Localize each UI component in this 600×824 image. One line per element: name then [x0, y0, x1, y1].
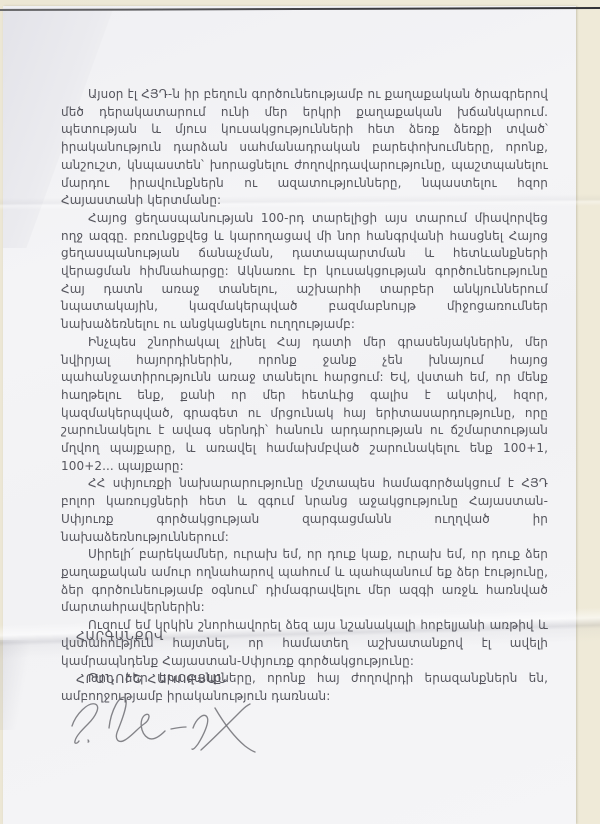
letter-paragraph: Ուզում եմ կրկին շնորհավորել ձեզ այս նշան…: [61, 617, 548, 670]
handwritten-signature-icon: [52, 686, 267, 768]
fold-shadow-lower-left: [0, 640, 30, 730]
letter-closing: ՀԱՐԳԱՆՔՈՎ՝: [76, 628, 168, 643]
letter-paragraph: Հայոց ցեղասպանության 100-րդ տարելիցի այս…: [61, 210, 548, 334]
scanned-letter-page: Այսօր էլ ՀՅԴ-ն իր բեղուն գործունեությամբ…: [0, 0, 600, 824]
letter-paragraph: Այսօր էլ ՀՅԴ-ն իր բեղուն գործունեությամբ…: [61, 86, 548, 210]
letter-paragraph: ՀՀ սփյուռքի նախարարությունը մշտապես համա…: [61, 475, 548, 546]
letter-body: Այսօր էլ ՀՅԴ-ն իր բեղուն գործունեությամբ…: [61, 86, 548, 706]
letter-paragraph: Ինչպես շնորհակալ չլինել Հայ դատի մեր գրա…: [61, 334, 548, 476]
signer-name: ՀՐԱՆՈՒՇ ՀԱԿՈԲՅԱՆ: [76, 671, 227, 686]
letter-paragraph: Սիրելի՛ բարեկամներ, ուրախ եմ, որ դուք կա…: [61, 546, 548, 617]
